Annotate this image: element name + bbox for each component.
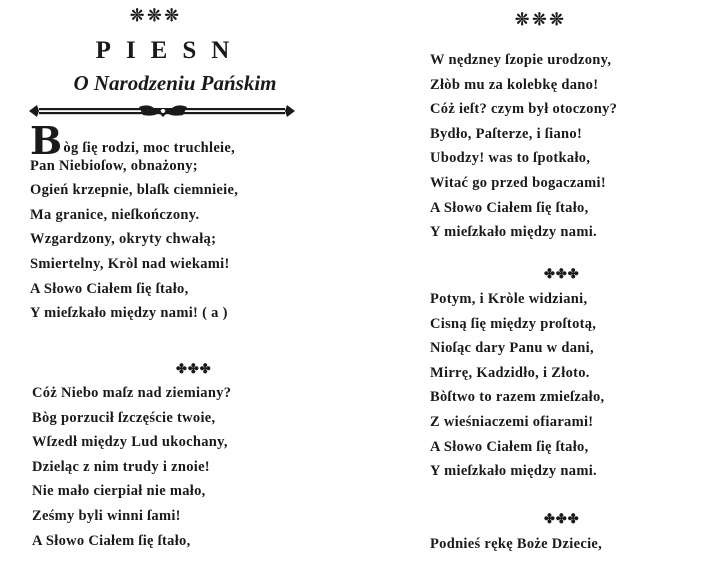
stanza-1: Bòg ſię rodzi, moc truchleie, Pan Niebio… — [30, 129, 238, 326]
song-title: PIESN — [80, 38, 260, 63]
verse-line: Ogień krzepnie, blaſk ciemnieie, — [30, 178, 238, 203]
verse-line: A Słowo Ciałem ſię ſtało, — [430, 196, 617, 221]
fleuron-ornament: ✤✤✤ — [176, 363, 212, 376]
verse-line: A Słowo Ciałem ſię ſtało, — [30, 277, 238, 302]
song-subtitle: O Narodzeniu Pańskim — [40, 73, 310, 94]
verse-line: Nie mało cierpiał nie mało, — [32, 479, 231, 504]
verse-line: Ubodzy! was to ſpotkało, — [430, 146, 617, 171]
stanza-3: W nędzney ſzopie urodzony, Złòb mu za ko… — [430, 48, 617, 245]
verse-line: Bydło, Paſterze, i ſiano! — [430, 122, 617, 147]
verse-line: Y mieſzkało między nami. — [430, 459, 605, 484]
verse-line: Bòſtwo to razem zmieſzało, — [430, 385, 605, 410]
verse-line: Cóż ieſt? czym był otoczony? — [430, 97, 617, 122]
stanza-4: Potym, i Kròle widziani, Cisną ſię międz… — [430, 287, 605, 484]
stanza-5: Podnieś rękę Boże Dziecie, — [430, 532, 602, 557]
verse-line: Z wieśniaczemi ofiarami! — [430, 410, 605, 435]
verse-line: Potym, i Kròle widziani, — [430, 287, 605, 312]
fleuron-ornament: ✤✤✤ — [544, 268, 580, 281]
verse-line: Podnieś rękę Boże Dziecie, — [430, 532, 602, 557]
verse-line: Wſzedł między Lud ukochany, — [32, 430, 231, 455]
fleuron-ornament: ✤✤✤ — [544, 513, 580, 526]
verse-line: Złòb mu za kolebkę dano! — [430, 73, 617, 98]
verse-line: A Słowo Ciałem ſię ſtało, — [32, 529, 231, 554]
verse-line: Cisną ſię między proſtotą, — [430, 312, 605, 337]
verse-line: Witać go przed bogaczami! — [430, 171, 617, 196]
asterism-ornament: ❊❊❊ — [515, 12, 567, 29]
verse-line: Nioſąc dary Panu w dani, — [430, 336, 605, 361]
verse-line: Dzieląc z nim trudy i znoie! — [32, 455, 231, 480]
verse-line: Cóż Niebo maſz nad ziemiany? — [32, 381, 231, 406]
verse-line: Smiertelny, Kròl nad wiekami! — [30, 252, 238, 277]
verse-line: Ześmy byli winni ſami! — [32, 504, 231, 529]
verse-line: A Słowo Ciałem ſię ſtało, — [430, 435, 605, 460]
asterism-ornament: ❊❊❊ — [130, 8, 182, 25]
verse-line: W nędzney ſzopie urodzony, — [430, 48, 617, 73]
ornamental-rule-icon — [27, 103, 297, 119]
stanza-2: Cóż Niebo maſz nad ziemiany? Bòg porzuci… — [32, 381, 231, 553]
verse-line: Bòg ſię rodzi, moc truchleie, — [30, 129, 238, 154]
verse-line: Ma granice, nieſkończony. — [30, 203, 238, 228]
verse-line: Pan Niebioſow, obnażony; — [30, 154, 238, 179]
verse-line: Y mieſzkało między nami! ( a ) — [30, 301, 238, 326]
verse-line: Y mieſzkało między nami. — [430, 220, 617, 245]
verse-line: Mirrę, Kadzidło, i Złoto. — [430, 361, 605, 386]
verse-line: Wzgardzony, okryty chwałą; — [30, 227, 238, 252]
verse-line: Bòg porzucił ſzczęście twoie, — [32, 406, 231, 431]
